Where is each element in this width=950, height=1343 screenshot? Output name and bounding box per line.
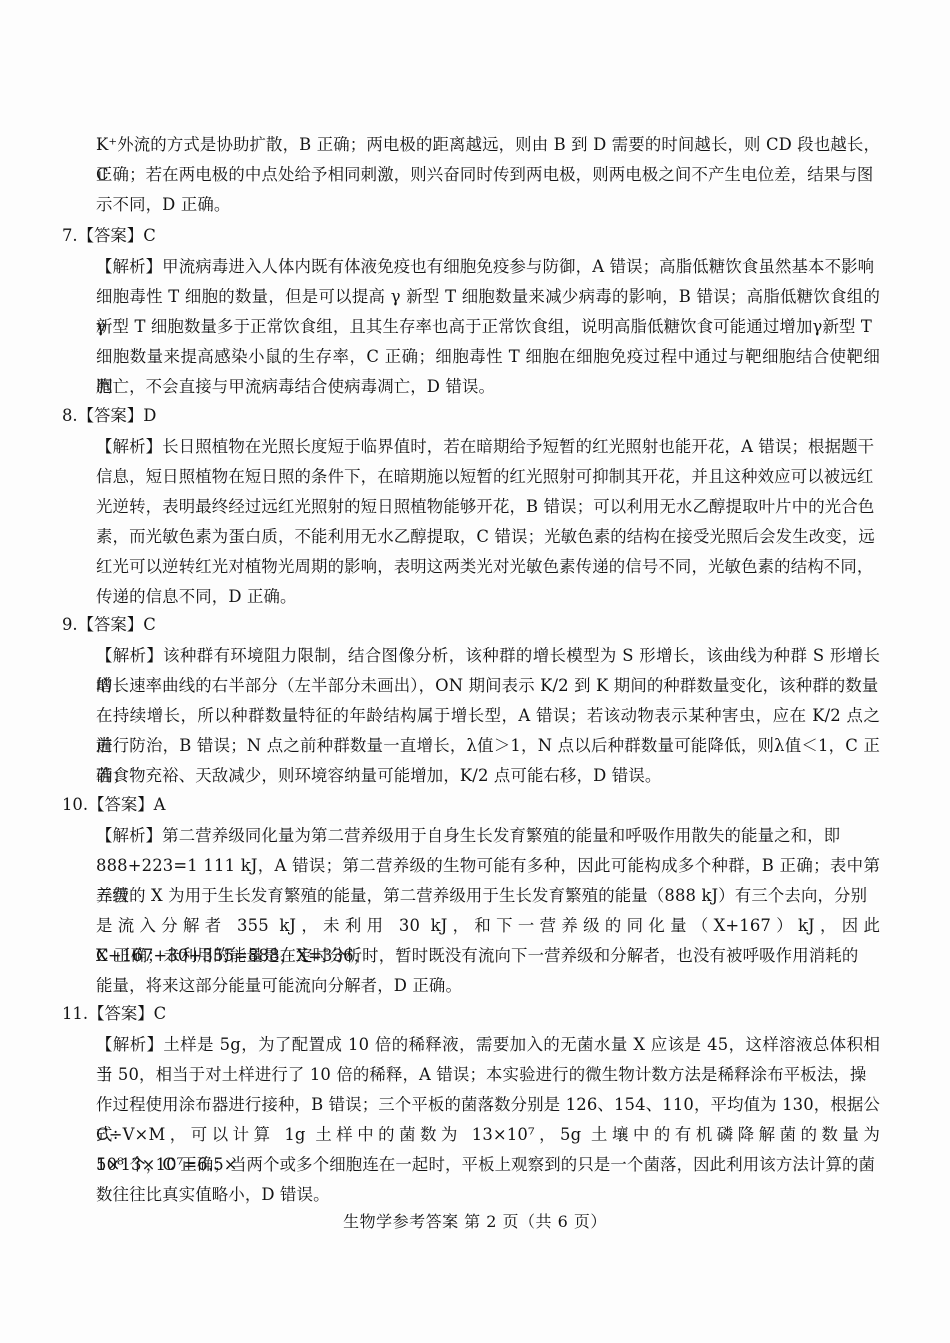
q10-analysis-line: 能量，将来这部分能量可能流向分解者，D 正确。 bbox=[96, 971, 880, 1001]
q9-answer-heading: 9.【答案】C bbox=[62, 610, 156, 640]
q11-answer-heading: 11.【答案】C bbox=[62, 999, 166, 1029]
q11-analysis-line: 数往往比真实值略小，D 错误。 bbox=[96, 1180, 880, 1210]
q10-answer-heading: 10.【答案】A bbox=[62, 790, 165, 820]
q8-answer-heading: 8.【答案】D bbox=[62, 401, 156, 431]
q6-continuation-line-2: 正确；若在两电极的中点处给予相同刺激，则兴奋同时传到两电极，则两电极之间不产生电… bbox=[96, 160, 880, 190]
answer-key-page: K⁺外流的方式是协助扩散，B 正确；两电极的距离越远，则由 B 到 D 需要的时… bbox=[0, 0, 950, 1343]
q7-analysis-line: 【解析】甲流病毒进入人体内既有体液免疫也有细胞免疫参与防御，A 错误；高脂低糖饮… bbox=[96, 252, 880, 282]
q11-analysis-line: 10⁸ 个，C 正确；当两个或多个细胞连在一起时，平板上观察到的只是一个菌落，因… bbox=[96, 1150, 880, 1180]
q8-analysis-line: 【解析】长日照植物在光照长度短于临界值时，若在暗期给予短暂的红光照射也能开花，A… bbox=[96, 432, 880, 462]
q8-analysis-line: 传递的信息不同，D 正确。 bbox=[96, 582, 880, 612]
q10-analysis-line: 养级的 X 为用于生长发育繁殖的能量，第二营养级用于生长发育繁殖的能量（888 … bbox=[96, 881, 880, 911]
q8-analysis-line: 光逆转，表明最终经过远红光照射的短日照植物能够开花，B 错误；可以利用无水乙醇提… bbox=[96, 492, 880, 522]
q10-analysis-line: C 正确；未利用的能量是在定时分析时，暂时既没有流向下一营养级和分解者，也没有被… bbox=[96, 941, 880, 971]
q7-analysis-line: 凋亡，不会直接与甲流病毒结合使病毒凋亡，D 错误。 bbox=[96, 372, 880, 402]
q7-answer-heading: 7.【答案】C bbox=[62, 221, 156, 251]
q7-analysis-line: 新型 T 细胞数量多于正常饮食组，且其生存率也高于正常饮食组，说明高脂低糖饮食可… bbox=[96, 312, 880, 342]
page-footer: 生物学参考答案 第 2 页（共 6 页） bbox=[0, 1208, 950, 1236]
q8-analysis-line: 红光可以逆转红光对植物光周期的影响，表明这两类光对光敏色素传递的信号不同，光敏色… bbox=[96, 552, 880, 582]
q6-continuation-line-3: 示不同，D 正确。 bbox=[96, 190, 880, 220]
q9-analysis-line: 增长速率曲线的右半部分（左半部分未画出），ON 期间表示 K/2 到 K 期间的… bbox=[96, 671, 880, 701]
q10-analysis-line: 【解析】第二营养级同化量为第二营养级用于自身生长发育繁殖的能量和呼吸作用散失的能… bbox=[96, 821, 880, 851]
q8-analysis-line: 素，而光敏色素为蛋白质，不能利用无水乙醇提取，C 错误；光敏色素的结构在接受光照… bbox=[96, 522, 880, 552]
q11-analysis-line: 于 50，相当于对土样进行了 10 倍的稀释，A 错误；本实验进行的微生物计数方… bbox=[96, 1060, 880, 1090]
q8-analysis-line: 信息，短日照植物在短日照的条件下，在暗期施以短暂的红光照射可抑制其开花，并且这种… bbox=[96, 462, 880, 492]
q9-analysis-line: 若食物充裕、天敌减少，则环境容纳量可能增加，K/2 点可能右移，D 错误。 bbox=[96, 761, 880, 791]
